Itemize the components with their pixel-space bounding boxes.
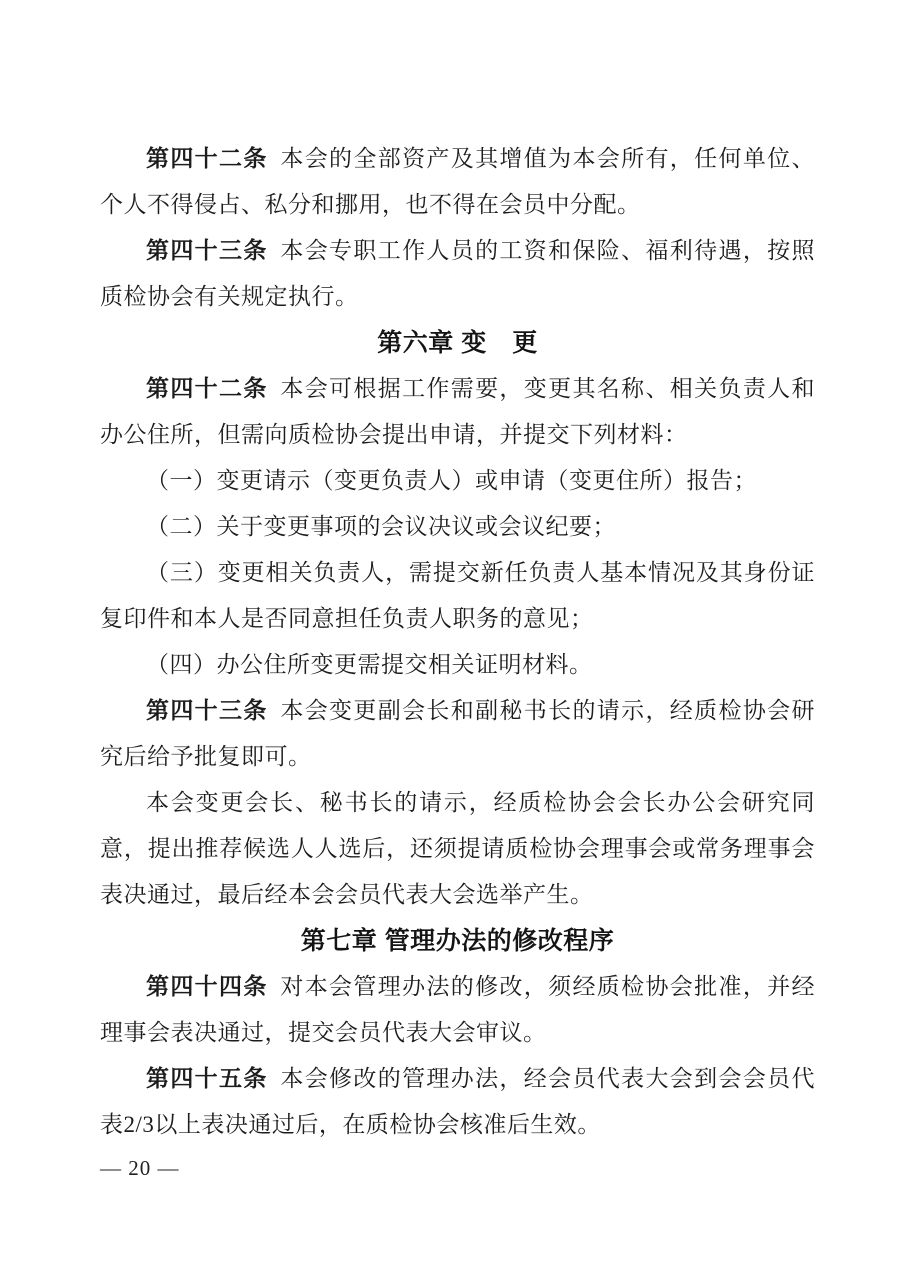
body-paragraph: 本会变更会长、秘书长的请示，经质检协会会长办公会研究同意，提出推荐候选人人选后，… <box>100 780 815 918</box>
article-paragraph: 第四十五条本会修改的管理办法，经会员代表大会到会会员代表2/3以上表决通过后，在… <box>100 1056 815 1148</box>
list-item: （一）变更请示（变更负责人）或申请（变更住所）报告； <box>100 458 815 504</box>
page-number: — 20 — <box>100 1150 815 1186</box>
article-number: 第四十四条 <box>146 974 268 999</box>
list-item: （三）变更相关负责人，需提交新任负责人基本情况及其身份证复印件和本人是否同意担任… <box>100 550 815 642</box>
article-number: 第四十三条 <box>146 698 268 723</box>
article-paragraph: 第四十二条本会可根据工作需要，变更其名称、相关负责人和办公住所，但需向质检协会提… <box>100 366 815 458</box>
list-item: （四）办公住所变更需提交相关证明材料。 <box>100 642 815 688</box>
article-number: 第四十三条 <box>146 238 268 263</box>
article-number: 第四十二条 <box>146 376 268 401</box>
article-number: 第四十二条 <box>146 146 268 171</box>
chapter-heading: 第六章 变 更 <box>100 320 815 366</box>
article-paragraph: 第四十三条本会专职工作人员的工资和保险、福利待遇，按照质检协会有关规定执行。 <box>100 228 815 320</box>
article-paragraph: 第四十四条对本会管理办法的修改，须经质检协会批准，并经理事会表决通过，提交会员代… <box>100 964 815 1056</box>
list-item: （二）关于变更事项的会议决议或会议纪要； <box>100 504 815 550</box>
article-paragraph: 第四十二条本会的全部资产及其增值为本会所有，任何单位、个人不得侵占、私分和挪用，… <box>100 136 815 228</box>
document-page: 第四十二条本会的全部资产及其增值为本会所有，任何单位、个人不得侵占、私分和挪用，… <box>0 0 900 1273</box>
article-paragraph: 第四十三条本会变更副会长和副秘书长的请示，经质检协会研究后给予批复即可。 <box>100 688 815 780</box>
article-number: 第四十五条 <box>146 1066 268 1091</box>
chapter-heading: 第七章 管理办法的修改程序 <box>100 918 815 964</box>
